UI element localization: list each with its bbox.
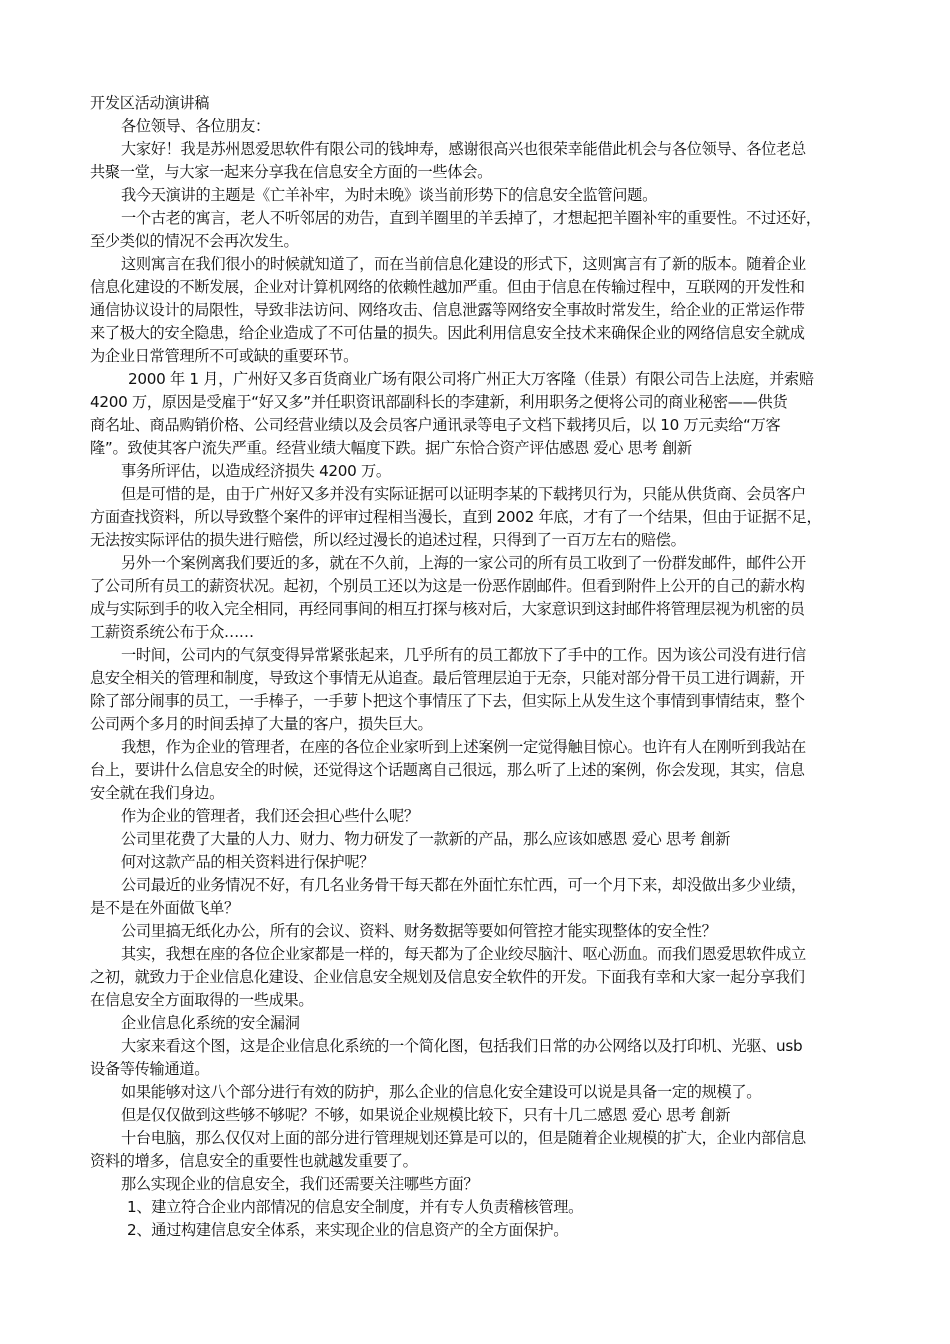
text-line: 4200 万，原因是受雇于“好又多”并任职资讯部副科长的李建新，利用职务之便将公… — [90, 391, 870, 414]
text-line: 2000 年 1 月，广州好又多百货商业广场有限公司将广州正大万客隆（佳景）有限… — [90, 368, 870, 391]
text-line: 方面查找资料，所以导致整个案件的评审过程相当漫长，直到 2002 年底，才有了一… — [90, 506, 870, 529]
text-line: 作为企业的管理者，我们还会担心些什么呢？ — [90, 805, 870, 828]
text-line: 息安全相关的管理和制度，导致这个事情无从追查。最后管理层迫于无奈，只能对部分骨干… — [90, 667, 870, 690]
text-line: 十台电脑，那么仅仅对上面的部分进行管理规划还算是可以的，但是随着企业规模的扩大，… — [90, 1127, 870, 1150]
text-line: 那么实现企业的信息安全，我们还需要关注哪些方面？ — [90, 1173, 870, 1196]
text-line: 大家来看这个图，这是企业信息化系统的一个简化图，包括我们日常的办公网络以及打印机… — [90, 1035, 870, 1058]
text-line: 至少类似的情况不会再次发生。 — [90, 230, 870, 253]
text-line: 安全就在我们身边。 — [90, 782, 870, 805]
text-line: 我想，作为企业的管理者，在座的各位企业家听到上述案例一定觉得触目惊心。也许有人在… — [90, 736, 870, 759]
text-line: 为企业日常管理所不可或缺的重要环节。 — [90, 345, 870, 368]
text-line: 一时间，公司内的气氛变得异常紧张起来，几乎所有的员工都放下了手中的工作。因为该公… — [90, 644, 870, 667]
text-line: 一个古老的寓言，老人不听邻居的劝告，直到羊圈里的羊丢掉了，才想起把羊圈补牢的重要… — [90, 207, 870, 230]
document-title: 开发区活动演讲稿 — [90, 92, 870, 115]
text-line: 隆”。致使其客户流失严重。经营业绩大幅度下跌。据广东恰合资产评估感恩 爱心 思考… — [90, 437, 870, 460]
text-line: 1、建立符合企业内部情况的信息安全制度，并有专人负责稽核管理。 — [90, 1196, 870, 1219]
text-line: 之初，就致力于企业信息化建设、企业信息安全规划及信息安全软件的开发。下面我有幸和… — [90, 966, 870, 989]
text-line: 2、通过构建信息安全体系，来实现企业的信息资产的全方面保护。 — [90, 1219, 870, 1242]
text-line: 各位领导、各位朋友： — [90, 115, 870, 138]
text-line: 另外一个案例离我们要近的多，就在不久前，上海的一家公司的所有员工收到了一份群发邮… — [90, 552, 870, 575]
text-line: 来了极大的安全隐患，给企业造成了不可估量的损失。因此利用信息安全技术来确保企业的… — [90, 322, 870, 345]
text-line: 商名址、商品购销价格、公司经营业绩以及会员客户通讯录等电子文档下载拷贝后，以 1… — [90, 414, 870, 437]
text-line: 何对这款产品的相关资料进行保护呢？ — [90, 851, 870, 874]
text-line: 但是可惜的是，由于广州好又多并没有实际证据可以证明李某的下载拷贝行为，只能从供货… — [90, 483, 870, 506]
text-line: 了公司所有员工的薪资状况。起初，个别员工还以为这是一份恶作剧邮件。但看到附件上公… — [90, 575, 870, 598]
text-line: 通信协议设计的局限性，导致非法访问、网络攻击、信息泄露等网络安全事故时常发生，给… — [90, 299, 870, 322]
text-line: 台上，要讲什么信息安全的时候，还觉得这个话题离自己很远，那么听了上述的案例，你会… — [90, 759, 870, 782]
text-line: 公司最近的业务情况不好，有几名业务骨干每天都在外面忙东忙西，可一个月下来，却没做… — [90, 874, 870, 897]
text-line: 企业信息化系统的安全漏洞 — [90, 1012, 870, 1035]
text-line: 无法按实际评估的损失进行赔偿，所以经过漫长的追述过程，只得到了一百万左右的赔偿。 — [90, 529, 870, 552]
text-line: 工薪资系统公布于众…… — [90, 621, 870, 644]
text-line: 我今天演讲的主题是《亡羊补牢，为时未晚》谈当前形势下的信息安全监管问题。 — [90, 184, 870, 207]
text-line: 但是仅仅做到这些够不够呢？不够，如果说企业规模比较下，只有十几二感恩 爱心 思考… — [90, 1104, 870, 1127]
document-page: 开发区活动演讲稿 各位领导、各位朋友：大家好！我是苏州恩爱思软件有限公司的钱坤寿… — [90, 92, 870, 1242]
text-line: 资料的增多，信息安全的重要性也就越发重要了。 — [90, 1150, 870, 1173]
text-line: 公司里花费了大量的人力、财力、物力研发了一款新的产品，那么应该如感恩 爱心 思考… — [90, 828, 870, 851]
text-line: 是不是在外面做飞单？ — [90, 897, 870, 920]
text-line: 公司两个多月的时间丢掉了大量的客户，损失巨大。 — [90, 713, 870, 736]
text-line: 共聚一堂，与大家一起来分享我在信息安全方面的一些体会。 — [90, 161, 870, 184]
text-line: 这则寓言在我们很小的时候就知道了，而在当前信息化建设的形式下，这则寓言有了新的版… — [90, 253, 870, 276]
text-line: 在信息安全方面取得的一些成果。 — [90, 989, 870, 1012]
text-line: 公司里搞无纸化办公，所有的会议、资料、财务数据等要如何管控才能实现整体的安全性？ — [90, 920, 870, 943]
text-line: 事务所评估，以造成经济损失 4200 万。 — [90, 460, 870, 483]
text-line: 成与实际到手的收入完全相同，再经同事间的相互打探与核对后，大家意识到这封邮件将管… — [90, 598, 870, 621]
document-body: 各位领导、各位朋友：大家好！我是苏州恩爱思软件有限公司的钱坤寿，感谢很高兴也很荣… — [90, 115, 870, 1242]
text-line: 除了部分闹事的员工，一手棒子，一手萝卜把这个事情压了下去，但实际上从发生这个事情… — [90, 690, 870, 713]
text-line: 设备等传输通道。 — [90, 1058, 870, 1081]
text-line: 其实，我想在座的各位企业家都是一样的，每天都为了企业绞尽脑汁、呕心沥血。而我们恩… — [90, 943, 870, 966]
text-line: 大家好！我是苏州恩爱思软件有限公司的钱坤寿，感谢很高兴也很荣幸能借此机会与各位领… — [90, 138, 870, 161]
text-line: 信息化建设的不断发展，企业对计算机网络的依赖性越加严重。但由于信息在传输过程中，… — [90, 276, 870, 299]
text-line: 如果能够对这八个部分进行有效的防护，那么企业的信息化安全建设可以说是具备一定的规… — [90, 1081, 870, 1104]
